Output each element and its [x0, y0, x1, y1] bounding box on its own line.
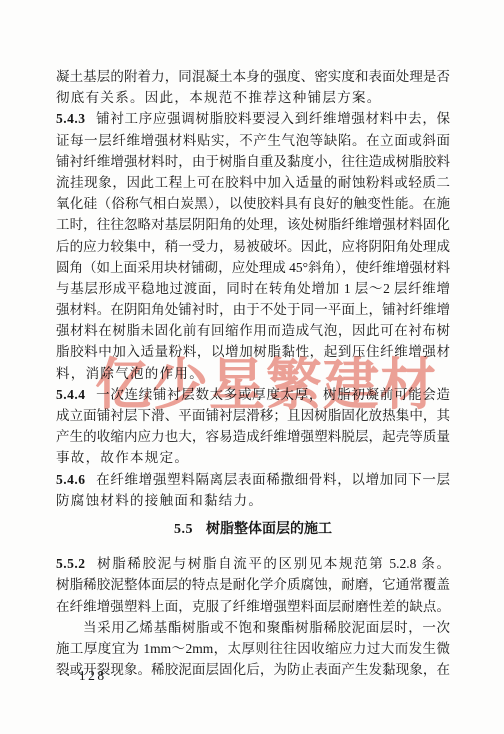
section-title: 树脂整体面层的施工 [206, 522, 332, 537]
text-line: 树脂稀胶泥整体面层的特点是耐化学介质腐蚀，耐磨，它通常覆盖 [56, 574, 450, 595]
clause-number: 5.5.2 [56, 556, 86, 571]
document-page: 凝土基层的附着力，同混凝土本身的强度、密实度和表面处理是否 彻底有关系。因此，本… [0, 0, 504, 734]
text-line: 脂胶料中加入适量粉料，以增加树脂黏性，起到压住纤维增强材 [56, 341, 450, 362]
text-line: 氧化硅（俗称气相白炭黑），以使胶料具有良好的触变性能。在施 [56, 193, 450, 214]
text-line: 圆角（如上面采用块材铺砌，应处理成 45°斜角），使纤维增强材料 [56, 257, 450, 278]
text-line: 产生的收缩内应力也大，容易造成纤维增强塑料脱层，起壳等质量 [56, 426, 450, 447]
text-line: 事故，故作本规定。 [56, 447, 450, 468]
text-line: 证每一层纤维增强材料贴实，不产生气泡等缺陷。在立面或斜面 [56, 130, 450, 151]
text-line: 铺衬纤维增强材料时，由于树脂自重及黏度小，往往造成树脂胶料 [56, 151, 450, 172]
text-line: 5.4.3铺衬工序应强调树脂胶料要浸入到纤维增强材料中去，保 [56, 108, 450, 129]
text-line: 强材料在树脂未固化前有回缩作用而造成气泡，因此可在衬布树 [56, 320, 450, 341]
clause-number: 5.4.6 [56, 472, 86, 487]
text-line: 施工厚度宜为 1mm～2mm，太厚则往往因收缩应力过大而发生微 [56, 638, 450, 659]
section-number: 5.5 [174, 522, 193, 537]
clause-number: 5.4.4 [56, 387, 86, 402]
text-line: 当采用乙烯基酯树脂或不饱和聚酯树脂稀胶泥面层时，一次 [56, 617, 450, 638]
text-line: 5.4.6在纤维增强塑料隔离层表面稀撒细骨料，以增加同下一层 [56, 469, 450, 490]
text-line: 5.5.2树脂稀胶泥与树脂自流平的区别见本规范第 5.2.8 条。 [56, 553, 450, 574]
text-line: 后的应力较集中，稍一受力，易被破坏。因此，应将阴阳角处理成 [56, 236, 450, 257]
text-line: 5.4.4一次连续铺衬层数太多或厚度太厚，树脂初凝前可能会造 [56, 384, 450, 405]
text-line: 与基层形成平稳地过渡面，同时在转角处增加 1 层～2 层纤维增 [56, 278, 450, 299]
text-line: 防腐蚀材料的接触面和黏结力。 [56, 490, 450, 511]
text-line: 在纤维增强塑料上面，克服了纤维增强塑料面层耐磨性差的缺点。 [56, 596, 450, 617]
text-line: 料，消除气泡的作用。 [56, 363, 450, 384]
page-number: · 128 · [66, 668, 120, 684]
text-line: 工时，往往忽略对基层阴阳角的处理，该处树脂纤维增强材料固化 [56, 214, 450, 235]
text-line: 凝土基层的附着力，同混凝土本身的强度、密实度和表面处理是否 [56, 66, 450, 87]
section-heading: 5.5树脂整体面层的施工 [56, 519, 450, 540]
text-line: 彻底有关系。因此，本规范不推荐这种铺层方案。 [56, 87, 450, 108]
clause-number: 5.4.3 [56, 111, 86, 126]
text-line: 流挂现象，因此工程上可在胶料中加入适量的耐蚀粉料或轻质二 [56, 172, 450, 193]
text-line: 成立面铺衬层下滑、平面铺衬层滑移；且因树脂固化放热集中，其 [56, 405, 450, 426]
text-line: 强材料。在阴阳角处铺衬时，由于不处于同一平面上，铺衬纤维增 [56, 299, 450, 320]
